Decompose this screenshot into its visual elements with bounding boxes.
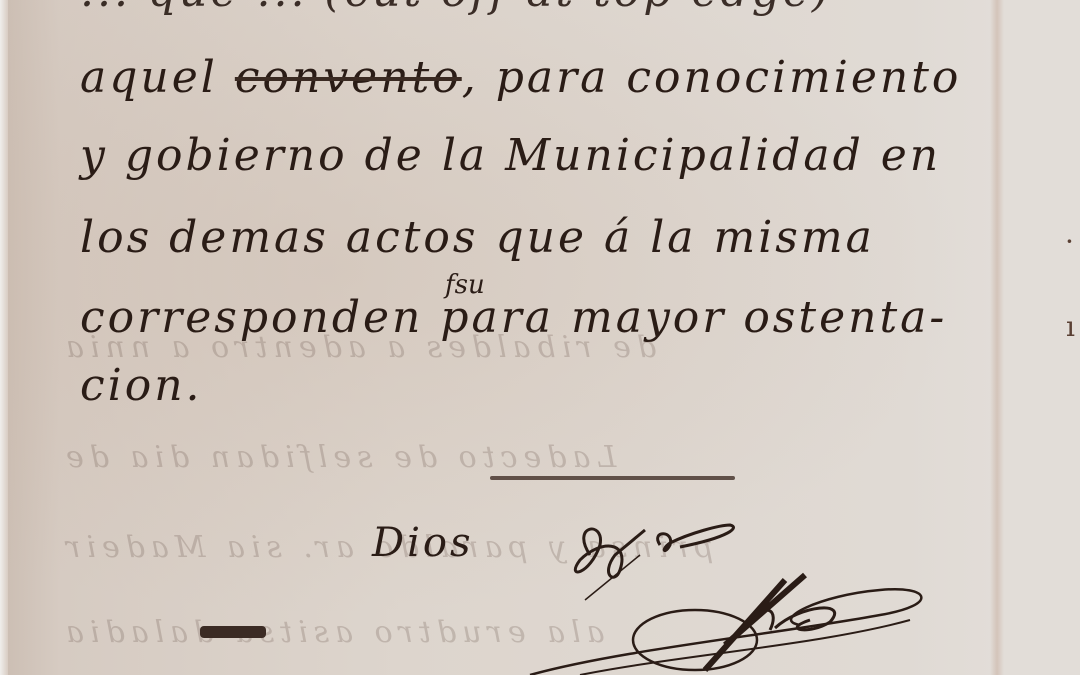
struck-word: convento bbox=[235, 52, 462, 103]
manuscript-line-partial: ... que ... (cut off at top edge) bbox=[80, 0, 832, 17]
ink-blot bbox=[200, 626, 266, 638]
manuscript-line: y gobierno de la Municipalidad en bbox=[80, 130, 941, 181]
word: aquel bbox=[80, 52, 235, 103]
closing-dios: Dios bbox=[372, 520, 473, 566]
manuscript-page: de ribaldes a adentro a nnia Ladecto de … bbox=[0, 0, 1080, 675]
manuscript-line: los demas actos que á la misma bbox=[80, 212, 875, 263]
manuscript-line: aquel convento, para conocimiento bbox=[80, 52, 961, 103]
manuscript-line: cion. bbox=[80, 360, 203, 411]
paper-fold bbox=[990, 0, 1004, 675]
bleed-through-text: Ladecto de selfidan dia de bbox=[60, 440, 616, 475]
signature-rubric-icon bbox=[520, 560, 940, 675]
word: , para conocimiento bbox=[462, 52, 962, 103]
margin-mark: ı bbox=[1066, 310, 1075, 343]
manuscript-line: corresponden para mayor ostenta- bbox=[80, 292, 947, 343]
margin-mark: · bbox=[1065, 225, 1074, 258]
separator-rule bbox=[490, 476, 735, 480]
page-edge bbox=[0, 0, 8, 675]
